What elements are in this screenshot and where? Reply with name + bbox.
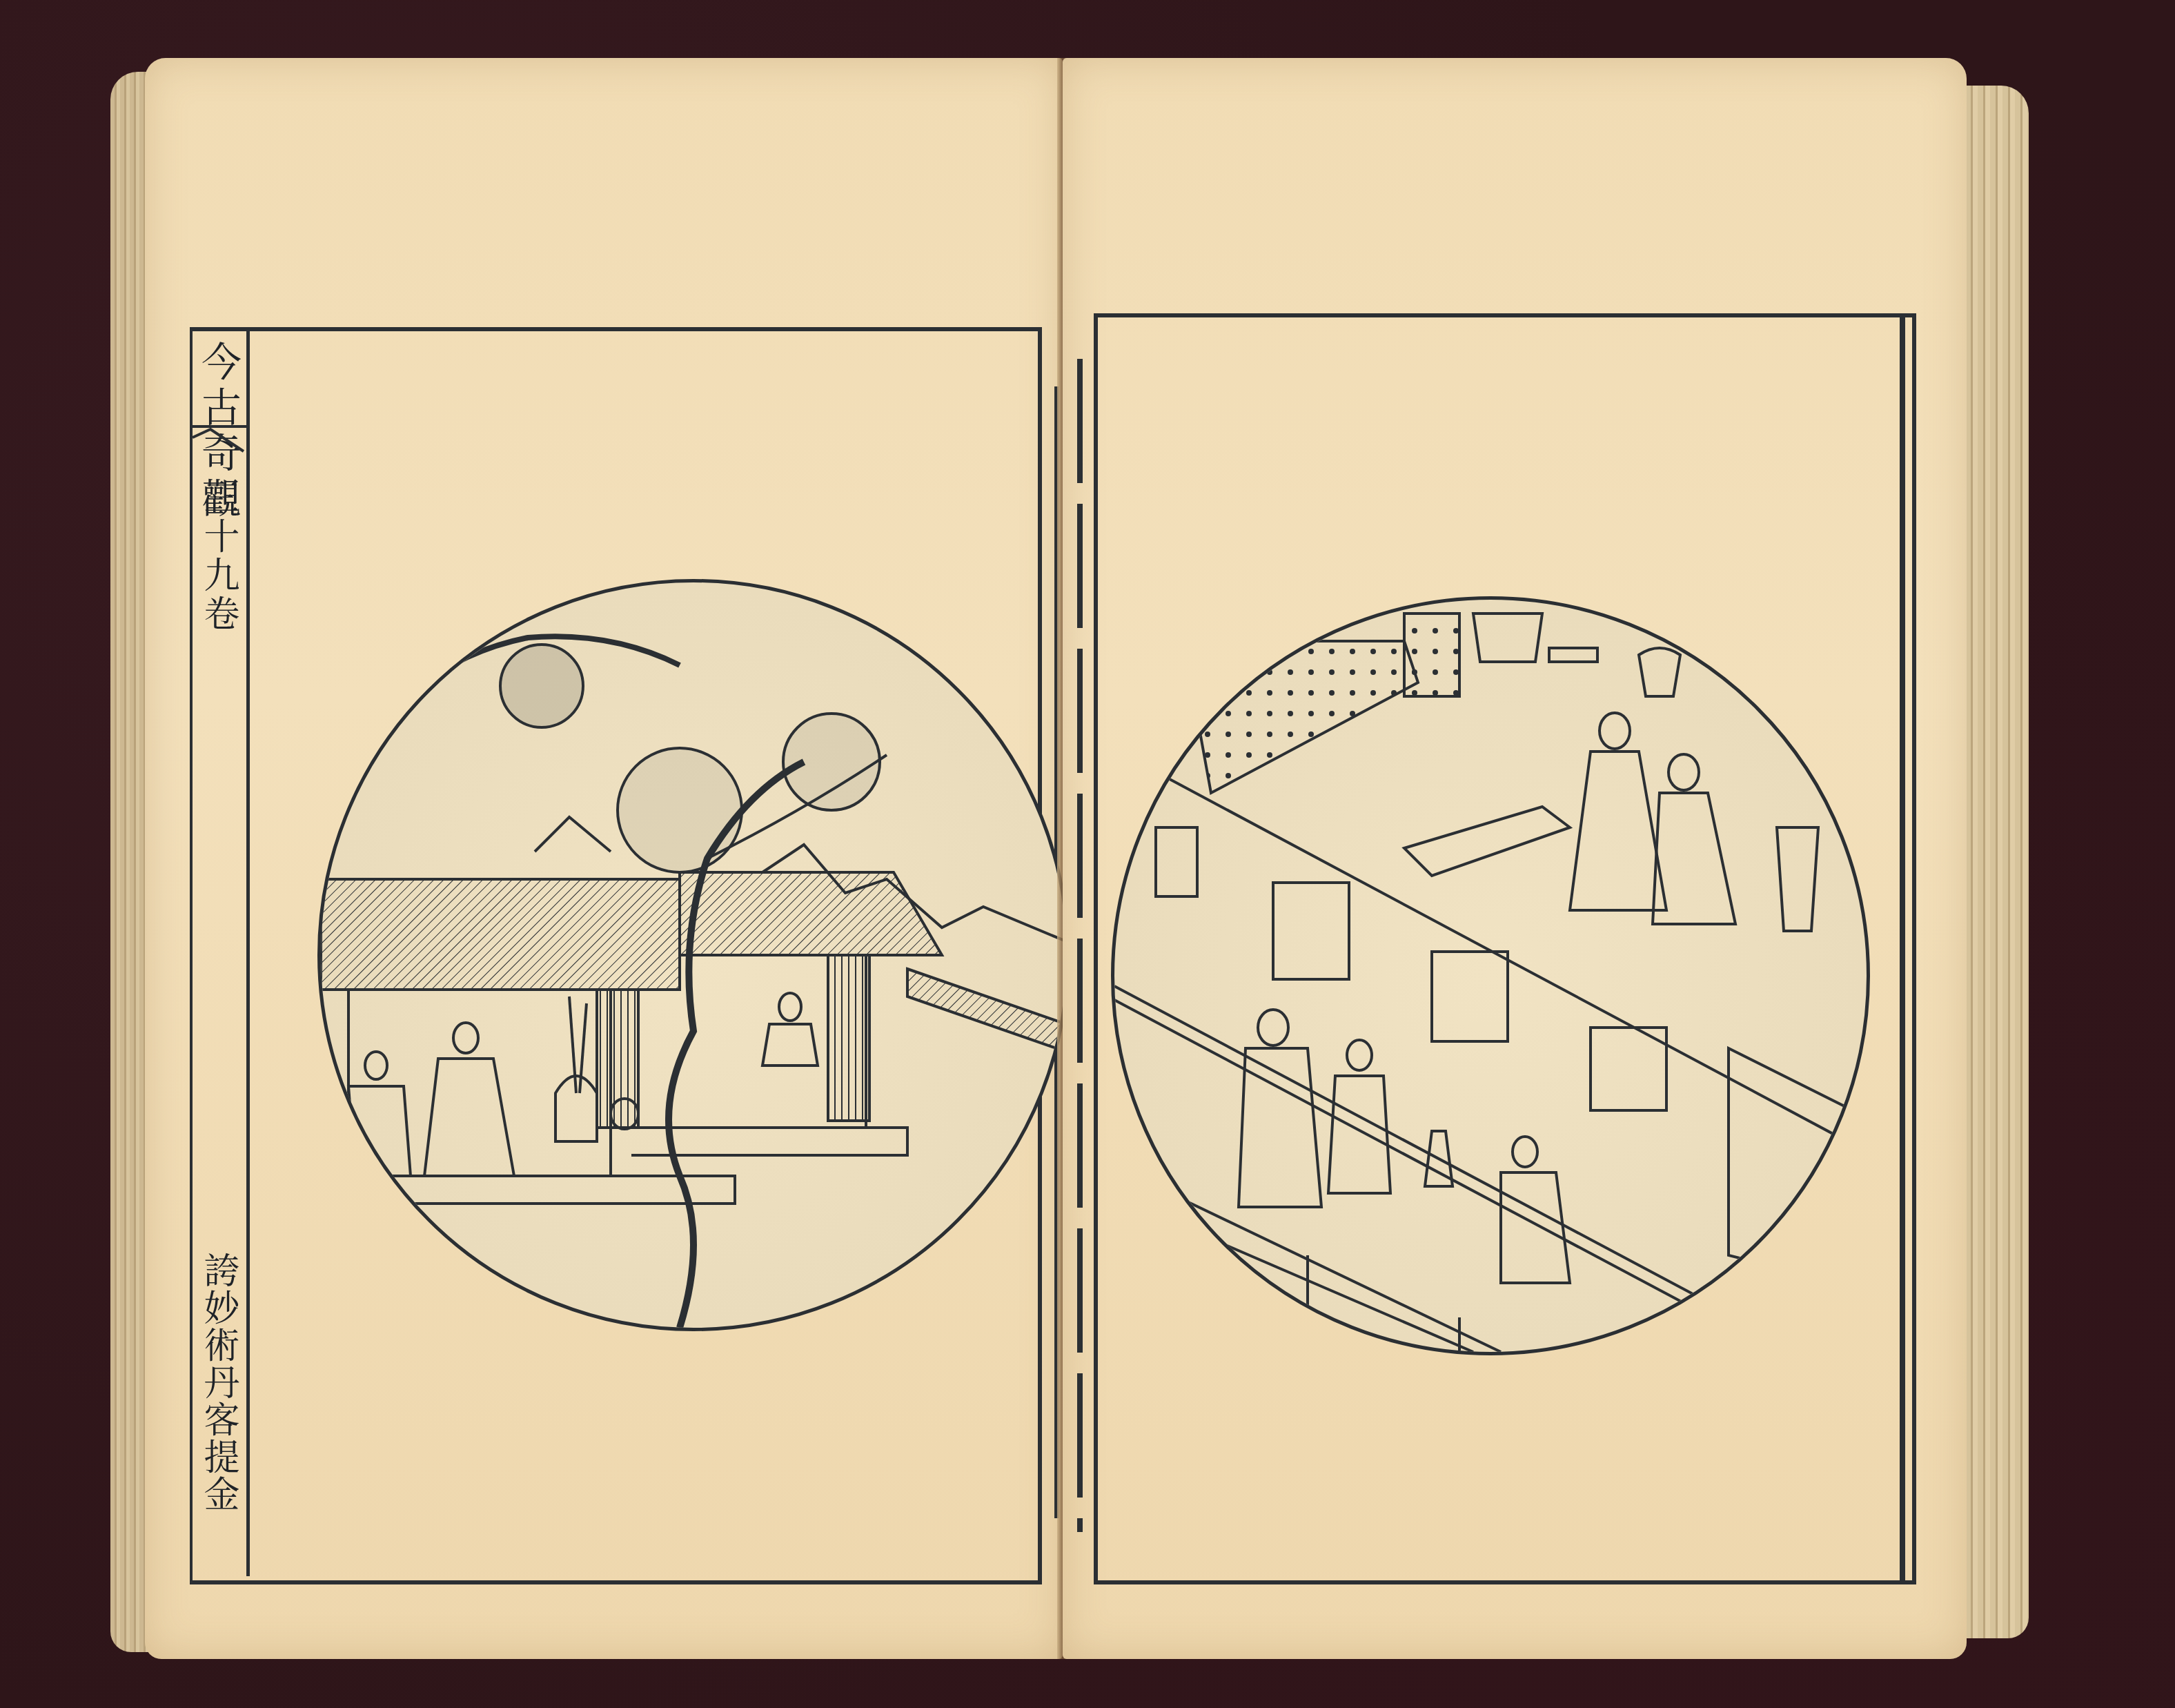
right-frame-outer-rule [1900,317,1905,1580]
open-book: 今古奇觀 三十九卷 誇妙術丹客提金 [110,58,2015,1666]
left-illustration [317,579,1070,1331]
block-heart-margin: 今古奇觀 三十九卷 誇妙術丹客提金 [190,327,250,1576]
right-frame-inner-rule [1077,359,1083,1532]
right-illustration [1111,596,1870,1355]
left-page: 今古奇觀 三十九卷 誇妙術丹客提金 [145,58,1063,1659]
right-page [1063,58,1967,1659]
interior-corridor-drawing [1114,600,1867,1352]
fish-tail-mark-icon [190,424,246,465]
story-title: 誇妙術丹客提金 [194,1252,242,1513]
volume-label: 三十九卷 [194,479,242,634]
garden-pavilion-drawing [321,582,1066,1328]
